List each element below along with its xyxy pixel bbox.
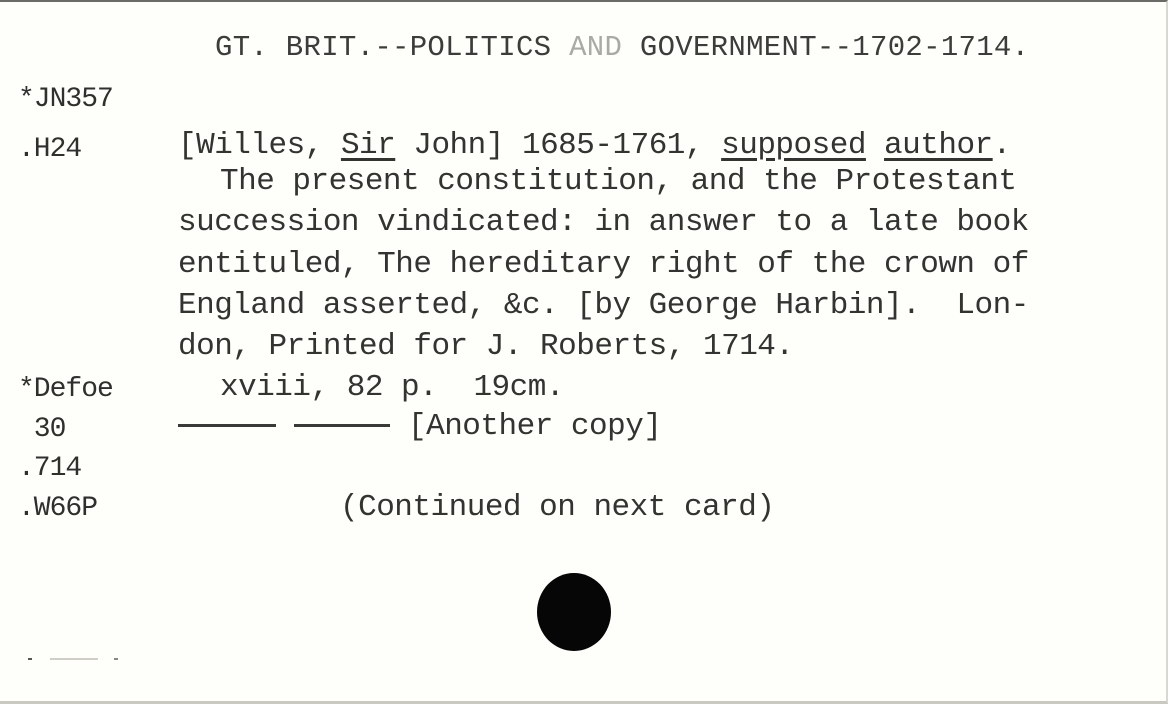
call-number-line-2: .H24: [18, 130, 81, 170]
subject-heading-part3: GOVERNMENT--1702-1714.: [622, 31, 1029, 64]
title-line-1: The present constitution, and the Protes…: [220, 162, 1017, 202]
subject-heading: GT. BRIT.--POLITICS AND GOVERNMENT--1702…: [215, 28, 1029, 68]
author-prefix: [Willes,: [178, 128, 341, 163]
author-title-sir: Sir: [341, 128, 395, 163]
continued-note: (Continued on next card): [340, 488, 774, 528]
title-line-2: succession vindicated: in answer to a la…: [178, 203, 1029, 243]
card-punch-hole: [537, 573, 611, 651]
title-line-4: England asserted, &c. [by George Harbin]…: [178, 286, 1029, 326]
author-word: author: [884, 128, 993, 163]
subject-heading-faint: AND: [569, 31, 622, 64]
call-number-line-3: *Defoe: [18, 370, 113, 410]
author-supposed: supposed: [721, 128, 866, 163]
pencil-mark: [28, 658, 118, 660]
author-end: .: [993, 128, 1011, 163]
collation: xviii, 82 p. 19cm.: [220, 368, 564, 408]
call-number-line-6: .W66P: [18, 489, 97, 529]
call-number-line-4: 30: [18, 410, 65, 450]
author-name-dates: John] 1685-1761,: [395, 128, 721, 163]
subject-heading-part1: GT. BRIT.--POLITICS: [215, 31, 569, 64]
call-number-line-1: *JN357: [18, 80, 113, 120]
another-copy-label: [Another copy]: [408, 409, 661, 444]
catalog-card: GT. BRIT.--POLITICS AND GOVERNMENT--1702…: [0, 0, 1168, 704]
imprint-line: don, Printed for J. Roberts, 1714.: [178, 327, 794, 367]
another-copy-entry: [Another copy]: [178, 407, 661, 447]
author-entry: [Willes, Sir John] 1685-1761, supposed a…: [178, 126, 1011, 166]
author-space: [866, 128, 884, 163]
title-dash: [294, 424, 390, 427]
author-dash: [178, 424, 276, 427]
title-line-3: entituled, The hereditary right of the c…: [178, 245, 1029, 285]
call-number-line-5: .714: [18, 449, 81, 489]
